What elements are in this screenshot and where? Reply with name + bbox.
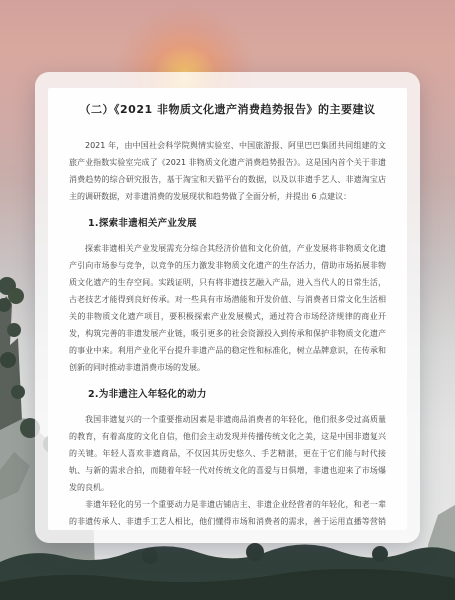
section-1-heading: 1.探索非遗相关产业发展 [69,217,386,231]
intro-paragraph: 2021 年，由中国社会科学院舆情实验室、中国旅游报、阿里巴巴集团共同组建的文旅… [69,137,386,205]
section-1-paragraph: 探索非遗相关产业发展需充分综合其经济价值和文化价值，产业发展将非物质文化遗产引向… [69,240,386,376]
background-photo: （二）《2021 非物质文化遗产消费趋势报告》的主要建议 2021 年，由中国社… [0,0,455,600]
document-page: （二）《2021 非物质文化遗产消费趋势报告》的主要建议 2021 年，由中国社… [48,88,407,530]
document-card: （二）《2021 非物质文化遗产消费趋势报告》的主要建议 2021 年，由中国社… [35,72,420,543]
section-2-heading: 2.为非遗注入年轻化的动力 [69,388,386,402]
page-title: （二）《2021 非物质文化遗产消费趋势报告》的主要建议 [69,102,386,117]
section-2-paragraph-2: 非遗年轻化的另一个重要动力是非遗店铺店主、非遗企业经营者的年轻化，和老一辈的非遗… [69,496,386,530]
section-2-paragraph-1: 我国非遗复兴的一个重要推动因素是非遗商品消费者的年轻化，他们很多受过高质量的教育… [69,411,386,496]
